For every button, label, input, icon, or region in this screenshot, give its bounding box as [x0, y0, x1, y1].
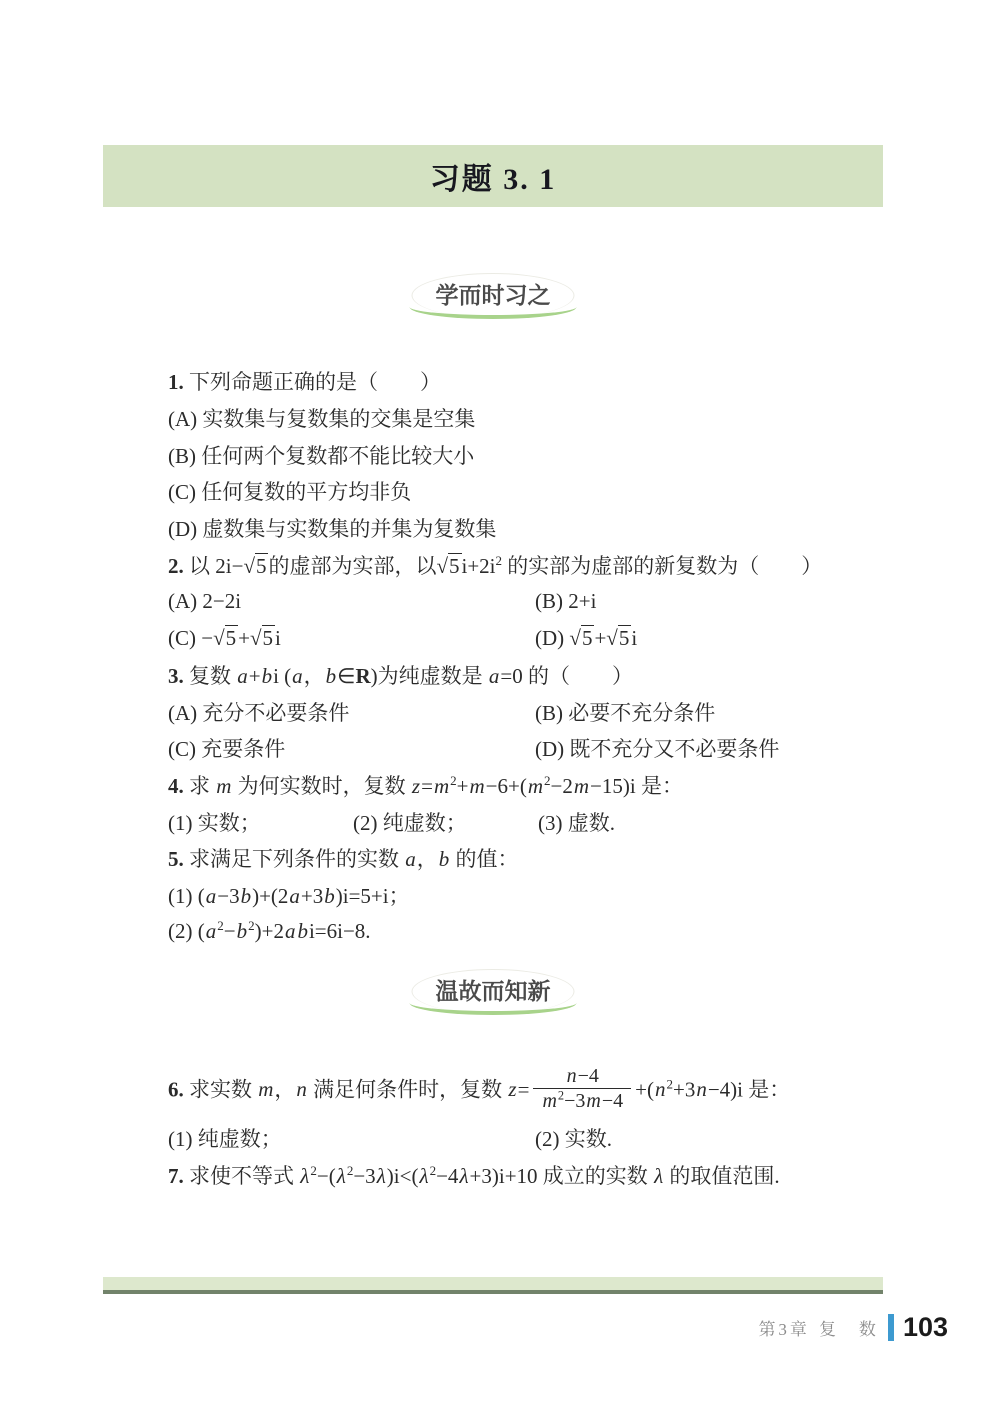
sqrt-radical: √5 [213, 626, 238, 651]
section-header-bar: 习题 3. 1 [103, 145, 883, 207]
text-row: (C) −√5+√5i(D) √5+√5i [168, 620, 868, 657]
text-row: 6. 求实数 m，n 满足何条件时，复数 z=n−4m2−3m−4+(n2+3n… [168, 1062, 868, 1120]
text-row: (1) 实数；(2) 纯虚数；(3) 虚数. [168, 803, 868, 840]
fraction: n−4m2−3m−4 [533, 1064, 631, 1113]
text-cell: (3) 虚数. [538, 807, 615, 837]
text-cell: (1) 实数； [168, 807, 353, 837]
text-row: (C) 任何复数的平方均非负 [168, 473, 868, 510]
textbook-page: 习题 3. 1 学而时习之 1. 下列命题正确的是（ ）(A) 实数集与复数集的… [0, 0, 1000, 1422]
text-cell: 6. 求实数 m，n 满足何条件时，复数 z=n−4m2−3m−4+(n2+3n… [168, 1067, 790, 1116]
exercise-title: 习题 3. 1 [430, 154, 557, 198]
text-row: (A) 2−2i(B) 2+i [168, 583, 868, 620]
text-cell: (A) 实数集与复数集的交集是空集 [168, 403, 475, 433]
review-badge: 温故而知新 [410, 968, 577, 1018]
sqrt-radical: √5 [250, 626, 275, 651]
text-cell: (1) 纯虚数； [168, 1123, 535, 1153]
text-row: (1) 纯虚数；(2) 实数. [168, 1120, 868, 1157]
page-number: 103 [903, 1312, 948, 1343]
text-cell: (A) 充分不必要条件 [168, 697, 535, 727]
text-row: (2) (a2−b2)+2abi=6i−8. [168, 913, 868, 950]
text-cell: (D) √5+√5i [535, 626, 637, 651]
text-row: (A) 实数集与复数集的交集是空集 [168, 400, 868, 437]
text-cell: 4. 求 m 为何实数时，复数 z=m2+m−6+(m2−2m−15)i 是： [168, 770, 683, 800]
text-row: (C) 充要条件(D) 既不充分又不必要条件 [168, 730, 868, 767]
page-footer: 第3章 复 数 103 [758, 1312, 948, 1343]
text-cell: (D) 既不充分又不必要条件 [535, 733, 779, 763]
text-cell: (C) 充要条件 [168, 733, 535, 763]
text-cell: 5. 求满足下列条件的实数 a，b 的值： [168, 843, 519, 873]
text-cell: (C) 任何复数的平方均非负 [168, 476, 411, 506]
chapter-label: 第3章 [758, 1315, 810, 1340]
text-cell: 3. 复数 a+bi (a，b∈R)为纯虚数是 a=0 的（ ） [168, 660, 633, 690]
sqrt-radical: √5 [243, 554, 268, 579]
page-number-marker [888, 1314, 894, 1341]
sqrt-radical: √5 [436, 554, 461, 579]
text-row: (A) 充分不必要条件(B) 必要不充分条件 [168, 693, 868, 730]
text-cell: (1) (a−3b)+(2a+3b)i=5+i； [168, 880, 410, 910]
text-row: (1) (a−3b)+(2a+3b)i=5+i； [168, 877, 868, 914]
text-cell: (B) 任何两个复数都不能比较大小 [168, 440, 474, 470]
text-cell: (A) 2−2i [168, 589, 535, 614]
bottom-decoration-bar [103, 1277, 883, 1294]
text-row: 7. 求使不等式 λ2−(λ2−3λ)i<(λ2−4λ+3)i+10 成立的实数… [168, 1157, 868, 1194]
text-row: 3. 复数 a+bi (a，b∈R)为纯虚数是 a=0 的（ ） [168, 657, 868, 694]
text-row: (B) 任何两个复数都不能比较大小 [168, 436, 868, 473]
text-row: 4. 求 m 为何实数时，复数 z=m2+m−6+(m2−2m−15)i 是： [168, 767, 868, 804]
sqrt-radical: √5 [569, 626, 594, 651]
sqrt-radical: √5 [606, 626, 631, 651]
text-cell: (2) (a2−b2)+2abi=6i−8. [168, 919, 371, 944]
text-cell: (D) 虚数集与实数集的并集为复数集 [168, 513, 496, 543]
review-badge-label: 温故而知新 [436, 978, 551, 1004]
text-cell: (2) 实数. [535, 1123, 612, 1153]
chapter-subject: 复 数 [819, 1315, 879, 1340]
practice-badge-label: 学而时习之 [436, 282, 551, 308]
text-cell: (B) 2+i [535, 589, 596, 614]
text-cell: (2) 纯虚数； [353, 807, 538, 837]
text-cell: 7. 求使不等式 λ2−(λ2−3λ)i<(λ2−4λ+3)i+10 成立的实数… [168, 1160, 780, 1190]
problem-rows: 1. 下列命题正确的是（ ）(A) 实数集与复数集的交集是空集(B) 任何两个复… [168, 363, 868, 1193]
text-cell: (B) 必要不充分条件 [535, 697, 715, 727]
text-cell: 1. 下列命题正确的是（ ） [168, 366, 441, 396]
text-row: 1. 下列命题正确的是（ ） [168, 363, 868, 400]
text-cell: (C) −√5+√5i [168, 626, 535, 651]
text-cell: 2. 以 2i−√5的虚部为实部，以√5i+2i2 的实部为虚部的新复数为（ ） [168, 550, 822, 580]
text-row: 2. 以 2i−√5的虚部为实部，以√5i+2i2 的实部为虚部的新复数为（ ） [168, 546, 868, 583]
practice-badge: 学而时习之 [410, 272, 577, 322]
text-row: 5. 求满足下列条件的实数 a，b 的值： [168, 840, 868, 877]
text-row: (D) 虚数集与实数集的并集为复数集 [168, 510, 868, 547]
